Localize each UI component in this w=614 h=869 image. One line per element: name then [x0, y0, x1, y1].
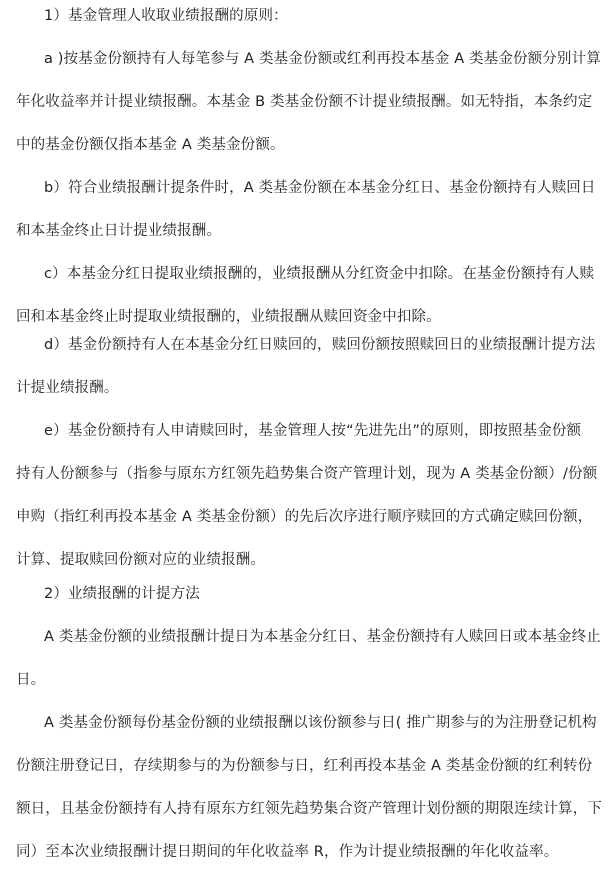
text-line: 计提业绩报酬。: [16, 377, 119, 399]
text-line: 日。: [16, 669, 45, 691]
text-line: 申购（指红利再投本基金 A 类基金份额）的先后次序进行顺序赎回的方式确定赎回份额…: [16, 506, 592, 528]
text-line: 和本基金终止日计提业绩报酬。: [16, 220, 221, 242]
text-line: e）基金份额持有人申请赎回时，基金管理人按“先进先出”的原则，即按照基金份额: [44, 420, 581, 442]
text-line: b）符合业绩报酬计提条件时，A 类基金份额在本基金分红日、基金份额持有人赎回日: [44, 177, 596, 199]
text-line: d）基金份额持有人在本基金分红日赎回的，赎回份额按照赎回日的业绩报酬计提方法: [44, 334, 595, 356]
text-line: 持有人份额参与（指参与原东方红领先趋势集合资产管理计划，现为 A 类基金份额）/…: [16, 463, 597, 485]
text-line: A 类基金份额的业绩报酬计提日为本基金分红日、基金份额持有人赎回日或本基金终止: [44, 626, 601, 648]
text-line: 份额注册登记日，存续期参与的为份额参与日，红利再投本基金 A 类基金份额的红利转…: [16, 755, 592, 777]
text-line: 2）业绩报酬的计提方法: [44, 583, 200, 605]
text-line: 回和本基金终止时提取业绩报酬的，业绩报酬从赎回资金中扣除。: [16, 306, 441, 328]
text-line: 计算、提取赎回份额对应的业绩报酬。: [16, 549, 265, 571]
text-line: 同）至本次业绩报酬计提日期间的年化收益率 R，作为计提业绩报酬的年化收益率。: [16, 841, 558, 863]
text-line: A 类基金份额每份基金份额的业绩报酬以该份额参与日( 推广期参与的为注册登记机构: [44, 712, 597, 734]
text-line: 中的基金份额仅指本基金 A 类基金份额。: [16, 134, 285, 156]
text-line: a )按基金份额持有人每笔参与 A 类基金份额或红利再投本基金 A 类基金份额分…: [44, 48, 601, 70]
text-line: c）本基金分红日提取业绩报酬的，业绩报酬从分红资金中扣除。在基金份额持有人赎: [44, 263, 594, 285]
text-line: 年化收益率并计提业绩报酬。本基金 B 类基金份额不计提业绩报酬。如无特指，本条约…: [16, 91, 592, 113]
text-line: 额日，且基金份额持有人持有原东方红领先趋势集合资产管理计划份额的期限连续计算，下: [16, 798, 602, 820]
text-line: 1）基金管理人收取业绩报酬的原则：: [44, 5, 288, 27]
